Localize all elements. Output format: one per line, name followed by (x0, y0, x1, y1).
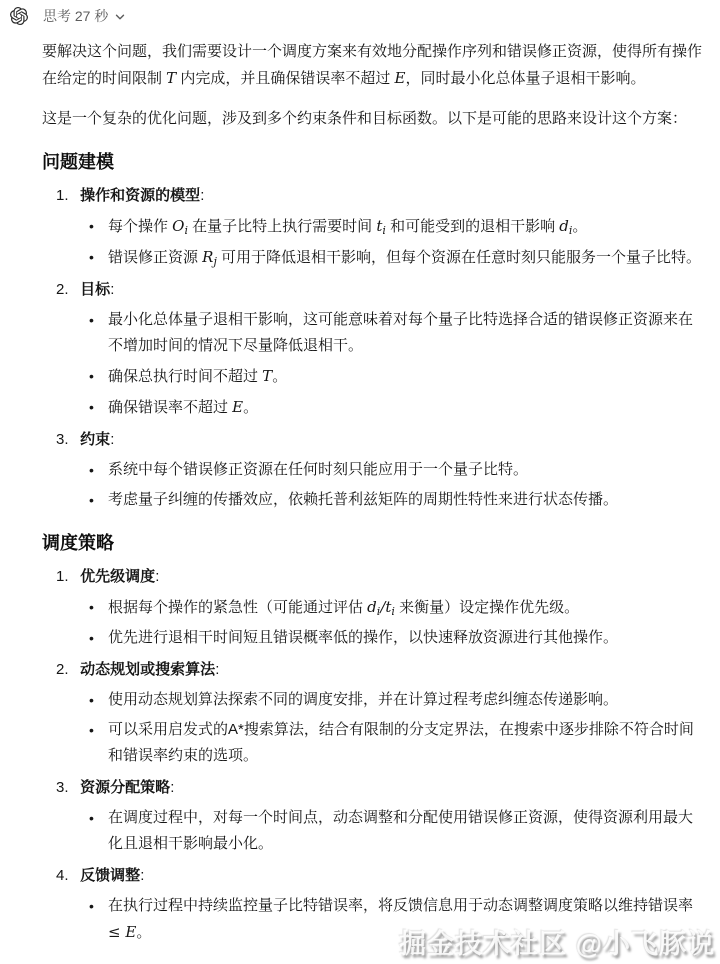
item-label: 动态规划或搜索算法 (80, 661, 215, 678)
bullet-marker: • (89, 457, 94, 483)
bullet-marker: • (89, 893, 94, 919)
numbered-item: 4. 反馈调整:•在执行过程中持续监控量子比特错误率，将反馈信息用于动态调整调度… (42, 863, 705, 946)
item-label: 约束 (80, 431, 110, 448)
item-head: 1. 优先级调度: (42, 564, 705, 590)
bullet-item: •系统中每个错误修正资源在任何时刻只能应用于一个量子比特。 (42, 457, 705, 483)
bullet-marker: • (89, 594, 94, 620)
math-var: di (559, 217, 572, 235)
numbered-list: 1. 优先级调度:•根据每个操作的紧急性（可能通过评估 di/ti 来衡量）设定… (42, 564, 705, 946)
bullet-item: •确保错误率不超过 E。 (42, 394, 705, 421)
item-number: 3. (56, 427, 76, 453)
item-label: 操作和资源的模型 (80, 187, 200, 204)
bullet-list: •系统中每个错误修正资源在任何时刻只能应用于一个量子比特。•考虑量子纠缠的传播效… (42, 457, 705, 513)
numbered-item: 1. 优先级调度:•根据每个操作的紧急性（可能通过评估 di/ti 来衡量）设定… (42, 564, 705, 651)
assistant-message: 要解决这个问题，我们需要设计一个调度方案来有效地分配操作序列和错误修正资源，使得… (0, 25, 720, 946)
numbered-item: 3. 约束:•系统中每个错误修正资源在任何时刻只能应用于一个量子比特。•考虑量子… (42, 427, 705, 513)
item-head: 2. 目标: (42, 277, 705, 303)
bullet-item: •可以采用启发式的A*搜索算法，结合有限制的分支定界法，在搜索中逐步排除不符合时… (42, 717, 705, 769)
item-number: 2. (56, 277, 76, 303)
bullet-marker: • (89, 625, 94, 651)
item-head: 3. 资源分配策略: (42, 775, 705, 801)
bullet-marker: • (89, 805, 94, 831)
bullet-marker: • (89, 394, 94, 420)
thinking-header: 思考 27 秒 (0, 0, 720, 25)
numbered-item: 1. 操作和资源的模型:•每个操作 Oi 在量子比特上执行需要时间 ti 和可能… (42, 183, 705, 271)
item-number: 1. (56, 564, 76, 590)
math-var: di/ti (367, 598, 395, 616)
bullet-list: •在执行过程中持续监控量子比特错误率，将反馈信息用于动态调整调度策略以维持错误率… (42, 893, 705, 946)
bullet-marker: • (89, 244, 94, 270)
bullet-list: •每个操作 Oi 在量子比特上执行需要时间 ti 和可能受到的退相干影响 di。… (42, 213, 705, 271)
item-colon: : (140, 867, 144, 884)
math-var: T (166, 69, 176, 87)
thinking-duration-label: 思考 27 秒 (43, 7, 108, 25)
chevron-down-icon (114, 11, 126, 23)
bullet-marker: • (89, 487, 94, 513)
bullet-item: •优先进行退相干时间短且错误概率低的操作，以快速释放资源进行其他操作。 (42, 625, 705, 651)
section-heading: 问题建模 (42, 150, 705, 174)
numbered-list: 1. 操作和资源的模型:•每个操作 Oi 在量子比特上执行需要时间 ti 和可能… (42, 183, 705, 513)
bullet-item: •在执行过程中持续监控量子比特错误率，将反馈信息用于动态调整调度策略以维持错误率… (42, 893, 705, 946)
numbered-item: 2. 目标:•最小化总体量子退相干影响，这可能意味着对每个量子比特选择合适的错误… (42, 277, 705, 421)
bullet-item: •在调度过程中，对每一个时间点，动态调整和分配使用错误修正资源，使得资源利用最大… (42, 805, 705, 857)
item-colon: : (155, 568, 159, 585)
math-var: Oi (172, 217, 188, 235)
item-label: 优先级调度 (80, 568, 155, 585)
item-number: 3. (56, 775, 76, 801)
thinking-toggle[interactable]: 思考 27 秒 (43, 7, 126, 25)
bullet-item: •考虑量子纠缠的传播效应，依赖托普利兹矩阵的周期性特性来进行状态传播。 (42, 487, 705, 513)
bullet-item: •使用动态规划算法探索不同的调度安排，并在计算过程考虑纠缠态传递影响。 (42, 687, 705, 713)
openai-logo-icon (10, 7, 28, 25)
bullet-item: •每个操作 Oi 在量子比特上执行需要时间 ti 和可能受到的退相干影响 di。 (42, 213, 705, 240)
bullet-marker: • (89, 687, 94, 713)
bullet-marker: • (89, 307, 94, 333)
item-number: 4. (56, 863, 76, 889)
math-var: ≤ E (108, 923, 136, 941)
item-head: 3. 约束: (42, 427, 705, 453)
item-label: 反馈调整 (80, 867, 140, 884)
item-number: 1. (56, 183, 76, 209)
math-var: E (395, 69, 406, 87)
bullet-item: •根据每个操作的紧急性（可能通过评估 di/ti 来衡量）设定操作优先级。 (42, 594, 705, 621)
section-heading: 调度策略 (42, 531, 705, 555)
item-label: 资源分配策略 (80, 779, 170, 796)
math-var: Rj (202, 248, 217, 266)
bullet-item: •确保总执行时间不超过 T。 (42, 363, 705, 390)
item-colon: : (200, 187, 204, 204)
numbered-item: 3. 资源分配策略:•在调度过程中，对每一个时间点，动态调整和分配使用错误修正资… (42, 775, 705, 857)
item-number: 2. (56, 657, 76, 683)
item-head: 4. 反馈调整: (42, 863, 705, 889)
bullet-list: •最小化总体量子退相干影响，这可能意味着对每个量子比特选择合适的错误修正资源来在… (42, 307, 705, 421)
item-colon: : (215, 661, 219, 678)
bullet-marker: • (89, 213, 94, 239)
paragraph: 这是一个复杂的优化问题，涉及到多个约束条件和目标函数。以下是可能的思路来设计这个… (42, 106, 705, 132)
bullet-marker: • (89, 363, 94, 389)
math-var: E (232, 398, 243, 416)
bullet-item: •错误修正资源 Rj 可用于降低退相干影响，但每个资源在任意时刻只能服务一个量子… (42, 244, 705, 271)
paragraph: 要解决这个问题，我们需要设计一个调度方案来有效地分配操作序列和错误修正资源，使得… (42, 39, 705, 92)
bullet-list: •根据每个操作的紧急性（可能通过评估 di/ti 来衡量）设定操作优先级。•优先… (42, 594, 705, 651)
item-head: 2. 动态规划或搜索算法: (42, 657, 705, 683)
bullet-list: •使用动态规划算法探索不同的调度安排，并在计算过程考虑纠缠态传递影响。•可以采用… (42, 687, 705, 769)
bullet-marker: • (89, 717, 94, 743)
bullet-list: •在调度过程中，对每一个时间点，动态调整和分配使用错误修正资源，使得资源利用最大… (42, 805, 705, 857)
item-head: 1. 操作和资源的模型: (42, 183, 705, 209)
numbered-item: 2. 动态规划或搜索算法:•使用动态规划算法探索不同的调度安排，并在计算过程考虑… (42, 657, 705, 769)
item-colon: : (110, 281, 114, 298)
math-var: ti (376, 217, 386, 235)
item-label: 目标 (80, 281, 110, 298)
item-colon: : (110, 431, 114, 448)
bullet-item: •最小化总体量子退相干影响，这可能意味着对每个量子比特选择合适的错误修正资源来在… (42, 307, 705, 359)
math-var: T (262, 367, 272, 385)
item-colon: : (170, 779, 174, 796)
